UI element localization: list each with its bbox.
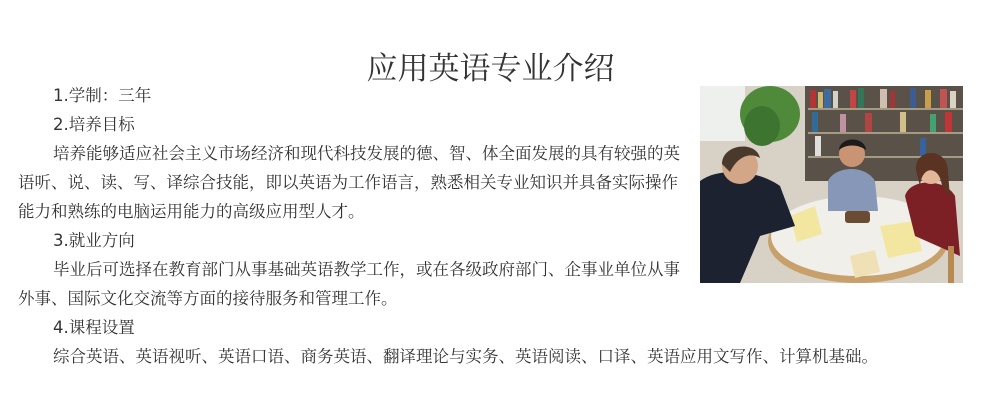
section-body-courses: 综合英语、英语视听、英语口语、商务英语、翻译理论与实务、英语阅读、口译、英语应用…: [18, 342, 918, 371]
section-body-career: 毕业后可选择在教育部门从事基础英语教学工作，或在各级政府部门、企事业单位从事外事…: [18, 255, 686, 313]
section-body-goals: 培养能够适应社会主义市场经济和现代科技发展的德、智、体全面发展的具有较强的英语听…: [18, 139, 686, 226]
section-heading-career: 3.就业方向: [18, 226, 686, 255]
article-body: 1.学制：三年 2.培养目标 培养能够适应社会主义市场经济和现代科技发展的德、智…: [18, 81, 686, 371]
classroom-photo: [700, 86, 963, 283]
section-heading-courses: 4.课程设置: [18, 313, 686, 342]
section-heading-goals: 2.培养目标: [18, 110, 686, 139]
section-heading-duration: 1.学制：三年: [18, 81, 686, 110]
classroom-photo-illustration: [700, 86, 963, 283]
